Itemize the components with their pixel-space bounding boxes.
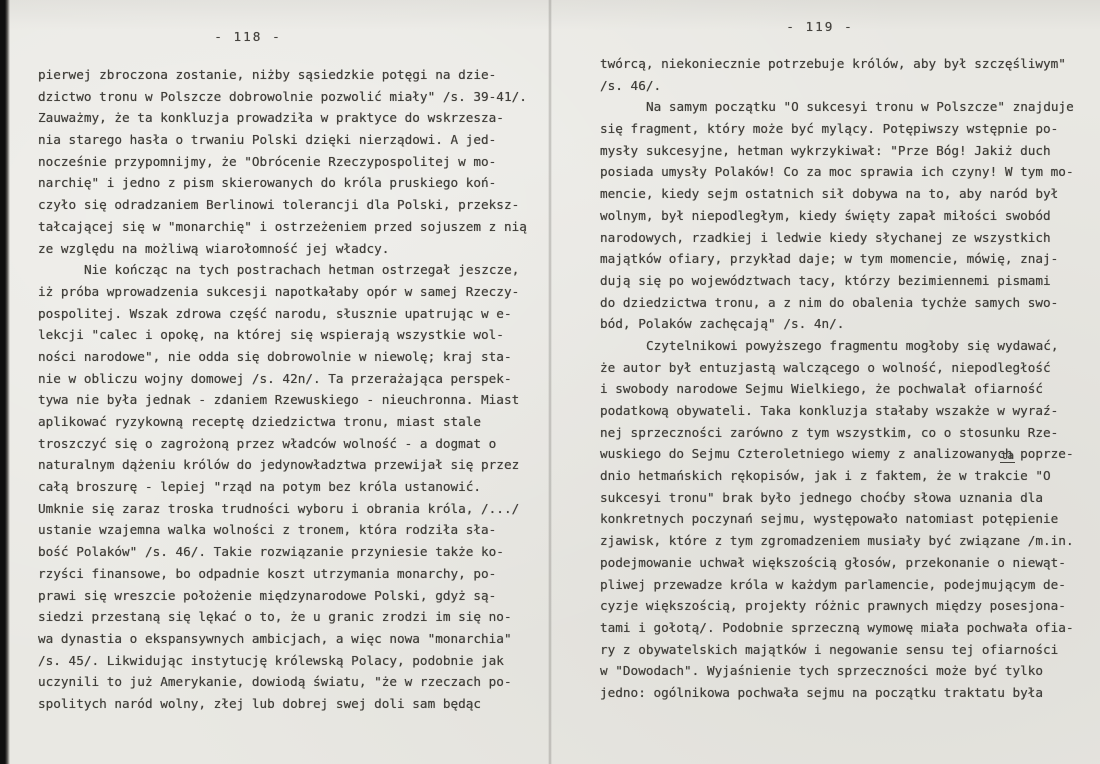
text-line: aplikować ryzykowną receptę dziedzictwa … — [38, 411, 543, 433]
text-line: wa dynastia o ekspansywnych ambicjach, a… — [38, 628, 543, 650]
text-line: tywa nie była jednak - zdaniem Rzewuskie… — [38, 389, 543, 411]
text-line: spolitych naród wolny, złej lub dobrej s… — [38, 693, 543, 715]
text-line: bód, Polaków zachęcają" /s. 4n/. — [600, 313, 1098, 335]
text-line: Czytelnikowi powyższego fragmentu mogłob… — [600, 335, 1098, 357]
text-line: i swobody narodowe Sejmu Wielkiego, że p… — [600, 378, 1098, 400]
text-segment: dnio hetmańskich rękopisów, jak i z fakt… — [600, 468, 1005, 483]
text-line: jedno: ogólnikowa pochwała sejmu na pocz… — [600, 682, 1098, 704]
text-line: majątków ofiary, przykład daje; w tym mo… — [600, 248, 1098, 270]
text-line: wuskiego do Sejmu Czteroletniego wiemy z… — [600, 443, 1098, 465]
left-page-text: pierwej zbroczona zostanie, niżby sąsied… — [38, 64, 543, 715]
text-line: iż próba wprowadzenia sukcesji napotkała… — [38, 281, 543, 303]
text-segment: cie "O — [1005, 468, 1051, 483]
text-line: się fragment, który może być mylący. Pot… — [600, 118, 1098, 140]
text-line: nie w obliczu wojny domowej /s. 42n/. Ta… — [38, 368, 543, 390]
text-line: troszczyć się o zagrożoną przez władców … — [38, 433, 543, 455]
text-line: ry z obywatelskich majątków i negowanie … — [600, 639, 1098, 661]
paragraph: Na samym początku "O sukcesyi tronu w Po… — [600, 96, 1098, 335]
text-line: tałcającej się w "monarchię" i ostrzeżen… — [38, 216, 543, 238]
text-line: Zauważmy, że ta konkluzja prowadziła w p… — [38, 107, 543, 129]
text-line: podatkową obywateli. Taka konkluzja stał… — [600, 400, 1098, 422]
text-line: posiada umysły Polaków! Co za moc sprawi… — [600, 161, 1098, 183]
paragraph: pierwej zbroczona zostanie, niżby sąsied… — [38, 64, 543, 259]
text-line: pospolitej. Wszak zdrowa część narodu, s… — [38, 303, 543, 325]
text-line: ze względu na możliwą wiarołomność jej w… — [38, 238, 543, 260]
text-line: w "Dowodach". Wyjaśnienie tych sprzeczno… — [600, 660, 1098, 682]
text-line: sukcesyi tronu" brak było jednego choćby… — [600, 487, 1098, 509]
text-line: ustanie wzajemna walka wolności z tronem… — [38, 519, 543, 541]
paragraph: Czytelnikowi powyższego fragmentu mogłob… — [600, 335, 1098, 704]
text-line: zjawisk, które z tym zgromadzeniem musia… — [600, 530, 1098, 552]
text-line: konkretnych poczynań sejmu, występowało … — [600, 508, 1098, 530]
text-line: że autor był entuzjastą walczącego o wol… — [600, 357, 1098, 379]
text-line: nocześnie przypomnijmy, że "Obrócenie Rz… — [38, 151, 543, 173]
text-line: wolnym, był niepodległym, kiedy święty z… — [600, 205, 1098, 227]
page-gutter-line — [548, 0, 552, 764]
text-line: całą broszurę - lepiej "rząd na potym be… — [38, 476, 543, 498]
text-line: twórcą, niekoniecznie potrzebuje królów,… — [600, 53, 1098, 75]
text-line: naturalnym dążeniu królów do jedynowładz… — [38, 454, 543, 476]
text-line: pierwej zbroczona zostanie, niżby sąsied… — [38, 64, 543, 86]
text-line: nej sprzeczności zarówno z tym wszystkim… — [600, 422, 1098, 444]
text-line: do dziedzictwa tronu, a z nim do obaleni… — [600, 292, 1098, 314]
text-line: uczynili to już Amerykanie, dowiodą świa… — [38, 671, 543, 693]
text-line: lekcji "calec i opokę, na której się wsp… — [38, 324, 543, 346]
right-page-text: twórcą, niekoniecznie potrzebuje królów,… — [600, 53, 1098, 704]
text-line: dują się po województwach tacy, którzy b… — [600, 270, 1098, 292]
text-line: siedzi przestaną się lękać o to, że u gr… — [38, 606, 543, 628]
text-line: /s. 46/. — [600, 75, 1098, 97]
text-line: mysły sukcesyjne, hetman wykrzykiwał: "P… — [600, 140, 1098, 162]
text-line: rzyści finansowe, bo odpadnie koszt utrz… — [38, 563, 543, 585]
text-line: nia starego hasła o trwaniu Polski dzięk… — [38, 129, 543, 151]
text-line: dnio hetmańskich rękopisów, jak i z fakt… — [600, 465, 1098, 487]
paragraph: Nie kończąc na tych postrachach hetman o… — [38, 259, 543, 714]
text-line: bość Polaków" /s. 46/. Takie rozwiązanie… — [38, 541, 543, 563]
text-line: narchię" i jedno z pism skierowanych do … — [38, 172, 543, 194]
text-line: pliwej przewadze króla w każdym parlamen… — [600, 574, 1098, 596]
paragraph: twórcą, niekoniecznie potrzebuje królów,… — [600, 53, 1098, 96]
text-line: czyło się odradzaniem Berlinowi toleranc… — [38, 194, 543, 216]
correction-text: ta — [1000, 450, 1015, 463]
text-line: ności narodowe", nie odda się dobrowolni… — [38, 346, 543, 368]
left-page-number: - 118 - — [38, 29, 458, 44]
text-line: Umknie się zaraz troska trudności wyboru… — [38, 498, 543, 520]
text-line: podejmowanie uchwał większością głosów, … — [600, 552, 1098, 574]
text-line: prawi się wreszcie położenie międzynarod… — [38, 585, 543, 607]
text-line: mencie, kiedy sejm ostatnich sił dobywa … — [600, 183, 1098, 205]
right-page-number: - 119 - — [600, 19, 1040, 34]
text-line: dzictwo tronu w Polszcze dobrowolnie poz… — [38, 86, 543, 108]
text-line: cyzje większością, projekty różnic prawn… — [600, 595, 1098, 617]
text-line: Nie kończąc na tych postrachach hetman o… — [38, 259, 543, 281]
text-line: tami i gołotą/. Podobnie sprzeczną wymow… — [600, 617, 1098, 639]
text-line: /s. 45/. Likwidując instytucję królewską… — [38, 650, 543, 672]
text-line: narodowych, rzadkiej i ledwie kiedy słyc… — [600, 227, 1098, 249]
book-binding-edge — [0, 0, 10, 764]
text-line: Na samym początku "O sukcesyi tronu w Po… — [600, 96, 1098, 118]
